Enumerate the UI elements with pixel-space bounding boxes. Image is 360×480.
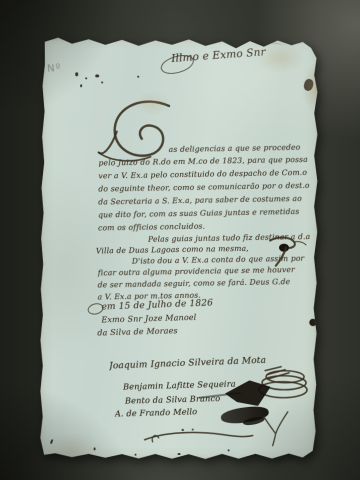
ink-speck	[80, 84, 82, 87]
ink-blot	[309, 319, 316, 326]
photo-backdrop: Nº Illmo e Exmo Snr as deligencias a que…	[0, 0, 360, 480]
ink-speck	[178, 453, 181, 455]
manuscript-page: Nº Illmo e Exmo Snr as deligencias a que…	[39, 35, 320, 461]
manuscript-sheet-wrap: Nº Illmo e Exmo Snr as deligencias a que…	[39, 35, 320, 461]
rubric-flourish	[257, 365, 311, 403]
ink-speck	[135, 454, 137, 456]
underline-flourish	[143, 428, 255, 445]
ink-speck	[228, 449, 230, 451]
ink-speck	[75, 72, 78, 76]
ink-blot	[264, 235, 308, 269]
ink-speck	[94, 447, 96, 450]
body-line: que dito for, com as suas Guias juntas e…	[98, 207, 318, 222]
ink-blot	[303, 78, 315, 92]
salutation: Illmo e Exmo Snr	[171, 41, 322, 67]
ink-speck	[50, 439, 54, 444]
ink-speck	[137, 76, 139, 78]
body-line: com os officios concluidos.	[98, 221, 248, 235]
address-line: da Silva de Moraes	[97, 324, 241, 340]
archival-mark: Nº	[47, 62, 62, 74]
ink-speck	[101, 81, 103, 83]
pen-mark-y	[261, 409, 291, 447]
ink-speck	[95, 74, 99, 77]
ink-speck	[85, 77, 87, 79]
body-line: as deligencias a que se procedeo	[169, 142, 317, 156]
faint-stroke	[207, 38, 253, 46]
